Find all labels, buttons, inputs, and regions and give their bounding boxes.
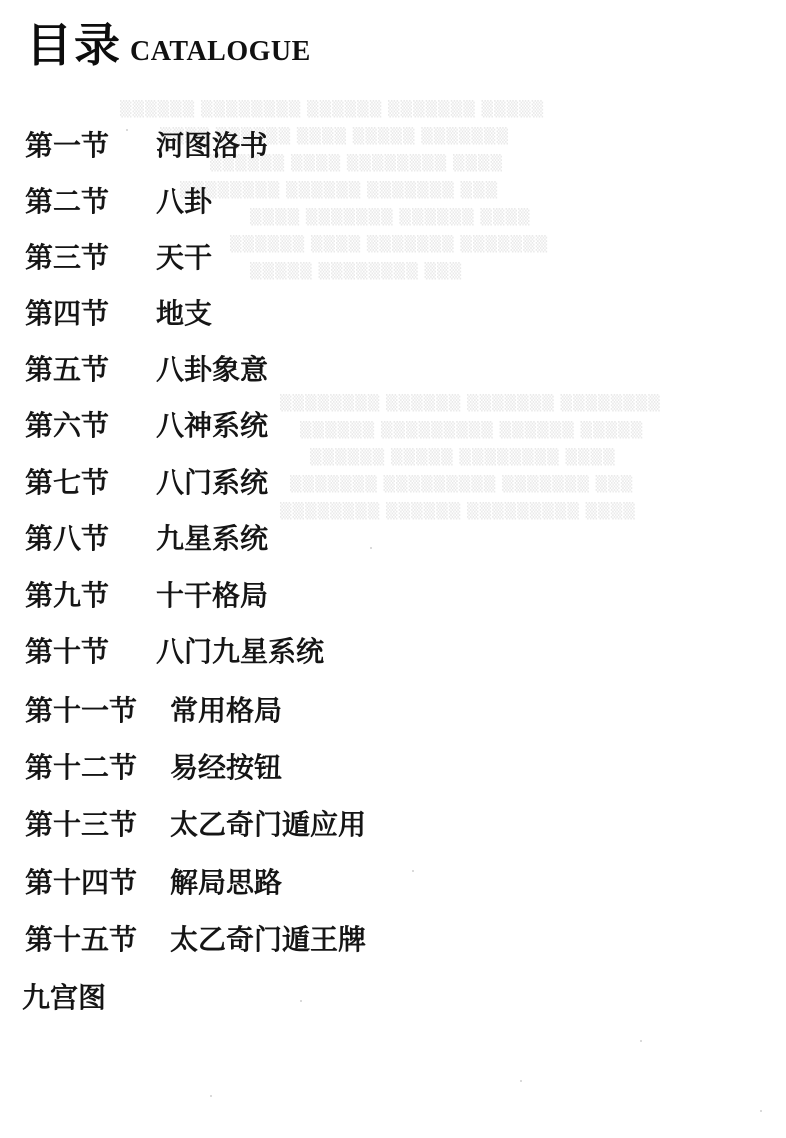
section-number: 第一节: [25, 128, 109, 164]
section-title: 太乙奇门遁王牌: [170, 922, 366, 958]
section-number: 第四节: [25, 296, 109, 332]
section-number: 第十三节: [25, 807, 137, 843]
section-title: 八神系统: [156, 408, 268, 444]
catalogue-header: 目录 CATALOGUE: [26, 22, 311, 68]
section-title: 八门系统: [156, 465, 268, 501]
section-title: 河图洛书: [156, 128, 268, 164]
section-number: 第十四节: [25, 865, 137, 901]
section-title: 地支: [156, 296, 212, 332]
section-title: 八门九星系统: [156, 634, 324, 670]
section-title: 九星系统: [156, 521, 268, 557]
bleed-line: ▒▒▒▒▒ ▒▒▒▒▒▒▒▒ ▒▒▒: [250, 258, 548, 285]
section-title: 八卦象意: [156, 352, 268, 388]
scan-speck: [210, 1095, 212, 1097]
section-number: 第五节: [25, 352, 109, 388]
section-number: 第九节: [25, 578, 109, 614]
bleed-line: ▒▒▒▒▒▒ ▒▒▒▒▒ ▒▒▒▒▒▒▒▒ ▒▒▒▒: [310, 444, 661, 471]
header-title-cn: 目录: [26, 22, 122, 68]
section-title: 常用格局: [170, 693, 282, 729]
section-title: 十干格局: [156, 578, 268, 614]
section-number: 第十五节: [25, 922, 137, 958]
bleed-line: ▒▒▒▒▒▒ ▒▒▒▒▒▒▒▒ ▒▒▒▒▒▒ ▒▒▒▒▒▒▒ ▒▒▒▒▒: [120, 96, 548, 123]
bleed-through-block-2: ▒▒▒▒▒▒▒▒ ▒▒▒▒▒▒ ▒▒▒▒▒▒▒ ▒▒▒▒▒▒▒▒ ▒▒▒▒▒▒ …: [280, 390, 661, 525]
bleed-line: ▒▒▒▒▒▒ ▒▒▒▒▒▒▒▒▒ ▒▒▒▒▒▒ ▒▒▒▒▒: [300, 417, 661, 444]
section-title: 八卦: [156, 184, 212, 220]
bleed-line: ▒▒▒▒▒▒▒▒ ▒▒▒▒▒▒ ▒▒▒▒▒▒▒ ▒▒▒▒▒▒▒▒: [280, 390, 661, 417]
section-title: 天干: [156, 240, 212, 276]
section-title: 解局思路: [170, 865, 282, 901]
section-number: 第十二节: [25, 750, 137, 786]
scan-speck: [760, 1110, 762, 1112]
section-number: 第十一节: [25, 693, 137, 729]
scan-speck: [640, 1040, 642, 1042]
scan-speck: [300, 1000, 302, 1002]
section-number: 第三节: [25, 240, 109, 276]
bleed-line: ▒▒▒▒▒▒▒ ▒▒▒▒▒▒▒▒▒ ▒▒▒▒▒▒▒ ▒▒▒: [290, 471, 661, 498]
bleed-line: ▒▒▒▒▒▒▒▒ ▒▒▒▒▒▒ ▒▒▒▒▒▒▒▒▒ ▒▒▒▒: [280, 498, 661, 525]
bleed-line: ▒▒▒▒▒▒▒▒ ▒▒▒▒▒▒ ▒▒▒▒▒▒▒ ▒▒▒: [180, 177, 548, 204]
section-title: 易经按钮: [170, 750, 282, 786]
section-number: 第八节: [25, 521, 109, 557]
bleed-line: ▒▒▒▒ ▒▒▒▒▒▒▒ ▒▒▒▒▒▒ ▒▒▒▒: [250, 204, 548, 231]
header-title-en: CATALOGUE: [130, 38, 311, 66]
section-number: 第七节: [25, 465, 109, 501]
section-title: 太乙奇门遁应用: [170, 807, 366, 843]
bleed-line: ▒▒▒▒▒▒ ▒▒▒▒ ▒▒▒▒▒▒▒ ▒▒▒▒▒▒▒: [230, 231, 548, 258]
section-number: 第十节: [25, 634, 109, 670]
section-number: 第六节: [25, 408, 109, 444]
section-number: 九宫图: [22, 980, 106, 1016]
scan-speck: [520, 1080, 522, 1082]
section-number: 第二节: [25, 184, 109, 220]
scan-speck: [126, 129, 128, 131]
scan-speck: [412, 870, 414, 872]
scan-speck: [370, 547, 372, 549]
